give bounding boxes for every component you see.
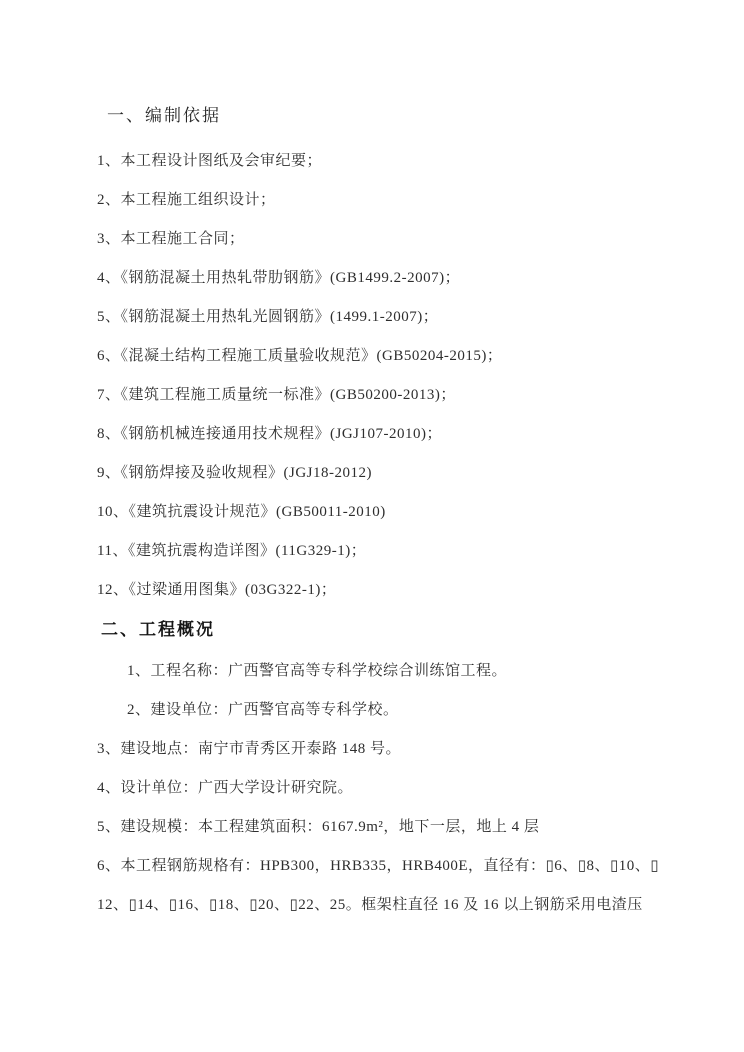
overview-item-owner: 2、建设单位：广西警官高等专科学校。 [97,699,657,721]
basis-item-6: 6、《混凝土结构工程施工质量验收规范》(GB50204-2015)； [97,345,657,367]
overview-item-rebar-specs-line-2: 12、▯14、▯16、▯18、▯20、▯22、25。框架柱直径 16 及 16 … [97,894,657,916]
basis-item-3: 3、本工程施工合同； [97,228,657,250]
document-page: 一、编制依据 1、本工程设计图纸及会审纪要； 2、本工程施工组织设计； 3、本工… [0,0,744,1052]
section-heading-compilation-basis: 一、编制依据 [97,104,657,128]
section-heading-project-overview: 二、工程概况 [97,618,657,642]
basis-item-8: 8、《钢筋机械连接通用技术规程》(JGJ107-2010)； [97,423,657,445]
overview-item-scale: 5、建设规模：本工程建筑面积：6167.9m²，地下一层，地上 4 层 [97,816,657,838]
basis-item-4: 4、《钢筋混凝土用热轧带肋钢筋》(GB1499.2-2007)； [97,267,657,289]
basis-item-5: 5、《钢筋混凝土用热轧光圆钢筋》(1499.1-2007)； [97,306,657,328]
basis-item-10: 10、《建筑抗震设计规范》(GB50011-2010) [97,501,657,523]
basis-item-1: 1、本工程设计图纸及会审纪要； [97,150,657,172]
document-body: 一、编制依据 1、本工程设计图纸及会审纪要； 2、本工程施工组织设计； 3、本工… [97,104,657,933]
basis-item-2: 2、本工程施工组织设计； [97,189,657,211]
basis-item-12: 12、《过梁通用图集》(03G322-1)； [97,579,657,601]
overview-item-designer: 4、设计单位：广西大学设计研究院。 [97,777,657,799]
overview-item-project-name: 1、工程名称：广西警官高等专科学校综合训练馆工程。 [97,660,657,682]
overview-item-rebar-specs-line-1: 6、本工程钢筋规格有：HPB300，HRB335，HRB400E，直径有：▯6、… [97,855,657,877]
overview-item-location: 3、建设地点：南宁市青秀区开泰路 148 号。 [97,738,657,760]
basis-item-9: 9、《钢筋焊接及验收规程》(JGJ18-2012) [97,462,657,484]
basis-item-7: 7、《建筑工程施工质量统一标准》(GB50200-2013)； [97,384,657,406]
basis-item-11: 11、《建筑抗震构造详图》(11G329-1)； [97,540,657,562]
